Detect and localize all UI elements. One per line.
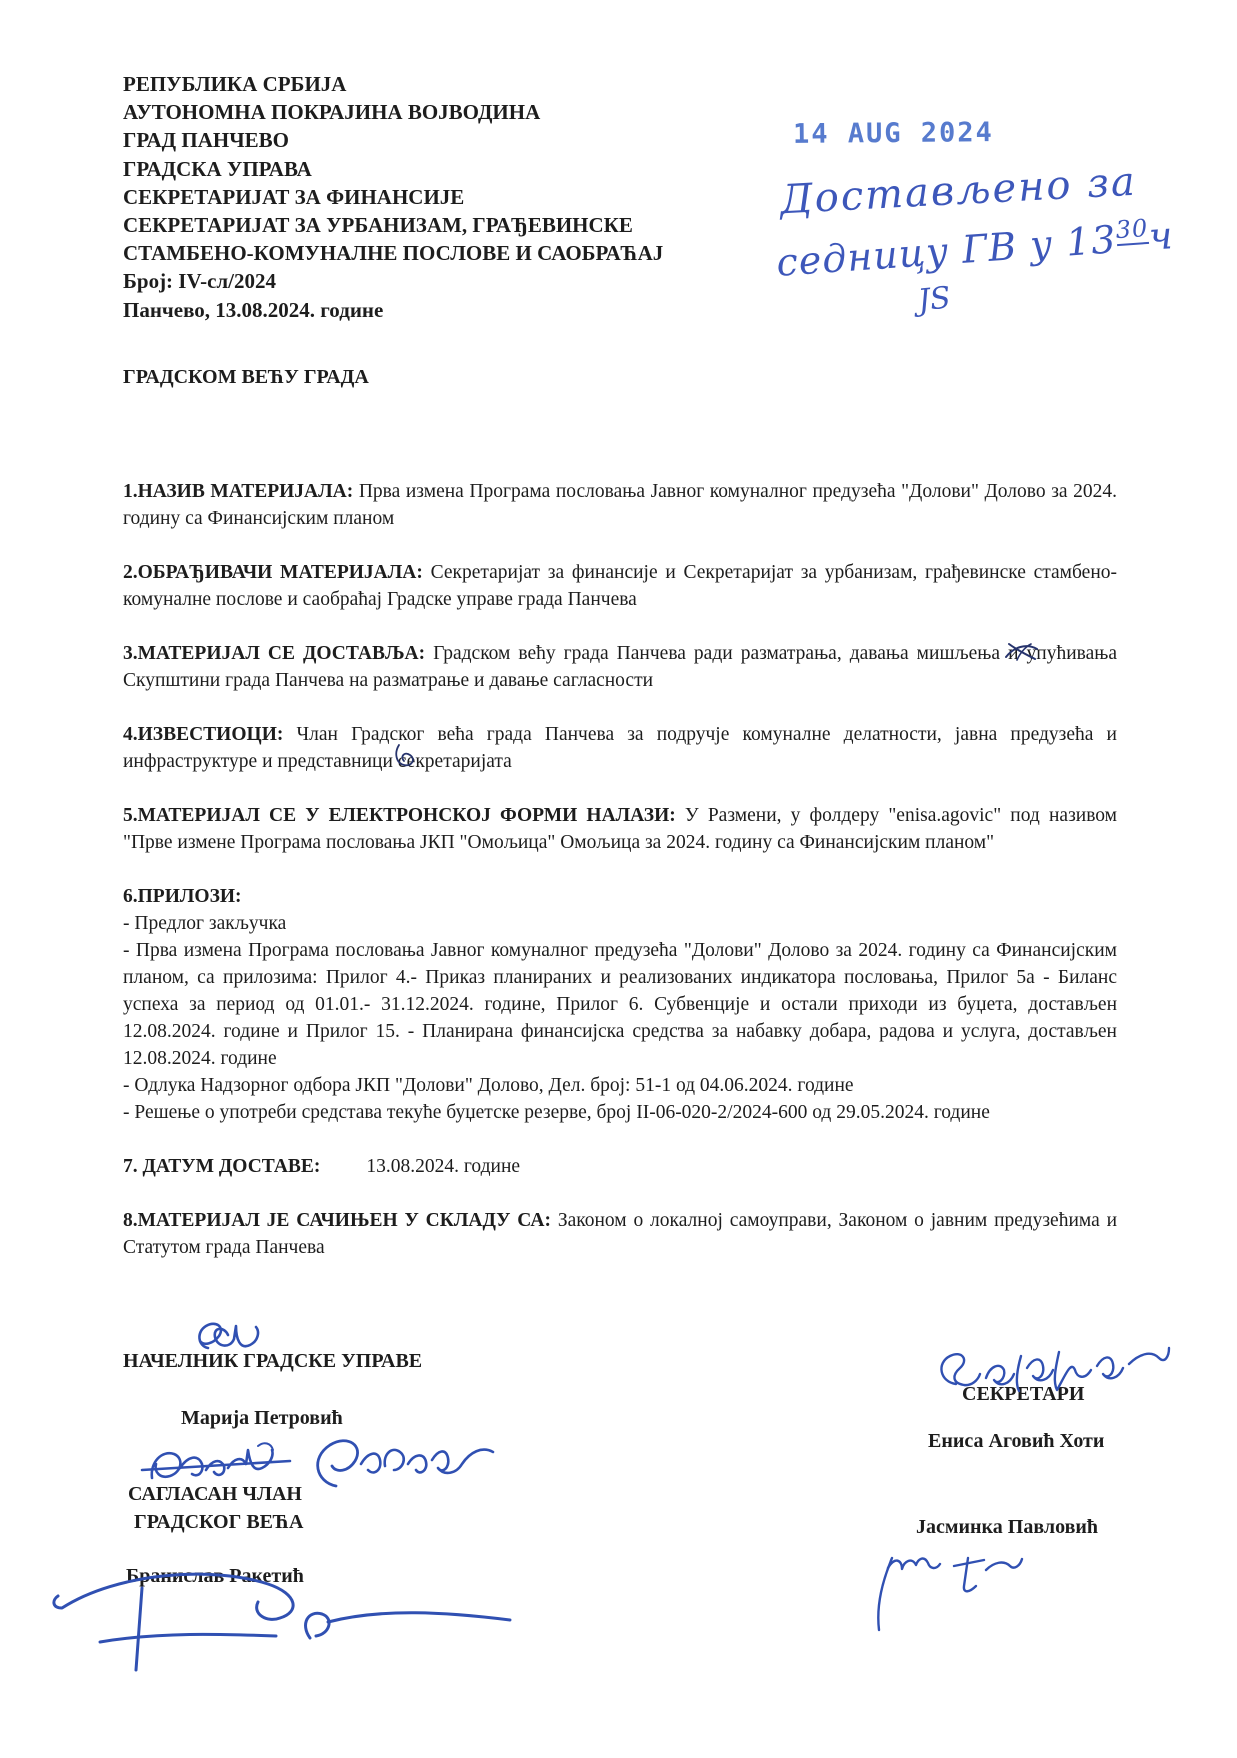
section-6-label: 6.ПРИЛОЗИ: (123, 886, 242, 907)
section-2-processors: 2.ОБРАЂИВАЧИ МАТЕРИЈАЛА: Секретаријат за… (123, 559, 1117, 613)
document-number: Број: IV-сл/2024 (123, 267, 663, 295)
section-8-label: 8.МАТЕРИЈАЛ ЈЕ САЧИЊЕН У СКЛАДУ СА: (123, 1210, 551, 1231)
handwritten-note-line-2-text: седницу ГВ у 13 (775, 217, 1118, 285)
letterhead-line: АУТОНОМНА ПОКРАЈИНА ВОЈВОДИНА (123, 98, 663, 126)
letterhead-line: СЕКРЕТАРИЈАТ ЗА УРБАНИЗАМ, ГРАЂЕВИНСКЕ (123, 211, 663, 239)
handwritten-initials: ЈЅ (916, 280, 952, 318)
letterhead: РЕПУБЛИКА СРБИЈА АУТОНОМНА ПОКРАЈИНА ВОЈ… (123, 70, 663, 324)
section-3-delivered-to: 3.МАТЕРИЈАЛ СЕ ДОСТАВЉА: Градском већу г… (123, 640, 1117, 694)
handwritten-note-line-1: Достављено за (779, 159, 1138, 224)
signature-enisa-agovic-icon (928, 1330, 1173, 1410)
pen-correction-x-icon (1002, 638, 1040, 664)
place-and-date: Панчево, 13.08.2024. године (123, 296, 663, 324)
addressee-title: ГРАДСКОМ ВЕЋУ ГРАДА (123, 366, 369, 389)
letterhead-line: ГРАД ПАНЧЕВО (123, 126, 663, 154)
section-4-rapporteurs: 4.ИЗВЕСТИОЦИ: Члан Градског већа града П… (123, 721, 1117, 775)
chief-title: НАЧЕЛНИК ГРАДСКЕ УПРАВЕ (123, 1350, 422, 1373)
section-4-label: 4.ИЗВЕСТИОЦИ: (123, 724, 283, 745)
section-7-text: 13.08.2024. године (366, 1156, 520, 1177)
pen-correction-squiggle-icon (392, 740, 418, 770)
attachment-item: - Прва измена Програма пословања Јавног … (123, 937, 1117, 1072)
section-7-label: 7. ДАТУМ ДОСТАВЕ: (123, 1156, 320, 1177)
handwritten-note-line-2: седницу ГВ у 1330ч (775, 212, 1175, 285)
section-6-attachments: 6.ПРИЛОЗИ: - Предлог закључка - Прва изм… (123, 883, 1117, 1126)
handwritten-note-superscript: 30 (1115, 214, 1150, 246)
signature-branislav-raketic-icon (48, 1556, 518, 1681)
section-8-legal-basis: 8.МАТЕРИЈАЛ ЈЕ САЧИЊЕН У СКЛАДУ СА: Зако… (123, 1207, 1117, 1261)
section-1-material-name: 1.НАЗИВ МАТЕРИЈАЛА: Прва измена Програма… (123, 478, 1117, 532)
secretary-1-name: Ениса Аговић Хоти (928, 1430, 1104, 1453)
attachment-item: - Предлог закључка (123, 910, 1117, 937)
letterhead-line: РЕПУБЛИКА СРБИЈА (123, 70, 663, 98)
section-5-electronic-form: 5.МАТЕРИЈАЛ СЕ У ЕЛЕКТРОНСКОЈ ФОРМИ НАЛА… (123, 802, 1117, 856)
letterhead-line: СТАМБЕНО-КОМУНАЛНЕ ПОСЛОВЕ И САОБРАЋАЈ (123, 239, 663, 267)
attachment-item: - Решење о употреби средстава текуће буџ… (123, 1099, 1117, 1126)
consent-member-title-line-1: САГЛАСАН ЧЛАН (128, 1483, 302, 1506)
section-1-label: 1.НАЗИВ МАТЕРИЈАЛА: (123, 481, 353, 502)
letterhead-line: СЕКРЕТАРИЈАТ ЗА ФИНАНСИЈЕ (123, 183, 663, 211)
letterhead-line: ГРАДСКА УПРАВА (123, 155, 663, 183)
section-3-label: 3.МАТЕРИЈАЛ СЕ ДОСТАВЉА: (123, 643, 425, 664)
secretary-2-name: Јасминка Павловић (916, 1516, 1098, 1539)
signature-jasminka-pavlovic-icon (856, 1540, 1036, 1638)
document-body: 1.НАЗИВ МАТЕРИЈАЛА: Прва измена Програма… (123, 478, 1117, 1288)
section-5-label: 5.МАТЕРИЈАЛ СЕ У ЕЛЕКТРОНСКОЈ ФОРМИ НАЛА… (123, 805, 676, 826)
received-date-stamp: 14 AUG 2024 (793, 117, 994, 150)
attachment-item: - Одлука Надзорног одбора ЈКП "Долови" Д… (123, 1072, 1117, 1099)
scanned-document-page: РЕПУБЛИКА СРБИЈА АУТОНОМНА ПОКРАЈИНА ВОЈ… (0, 0, 1237, 1758)
consent-member-title-line-2: ГРАДСКОГ ВЕЋА (134, 1511, 303, 1534)
section-2-label: 2.ОБРАЂИВАЧИ МАТЕРИЈАЛА: (123, 562, 423, 583)
handwritten-note-suffix: ч (1147, 213, 1175, 259)
section-7-delivery-date: 7. ДАТУМ ДОСТАВЕ:13.08.2024. године (123, 1153, 1117, 1180)
